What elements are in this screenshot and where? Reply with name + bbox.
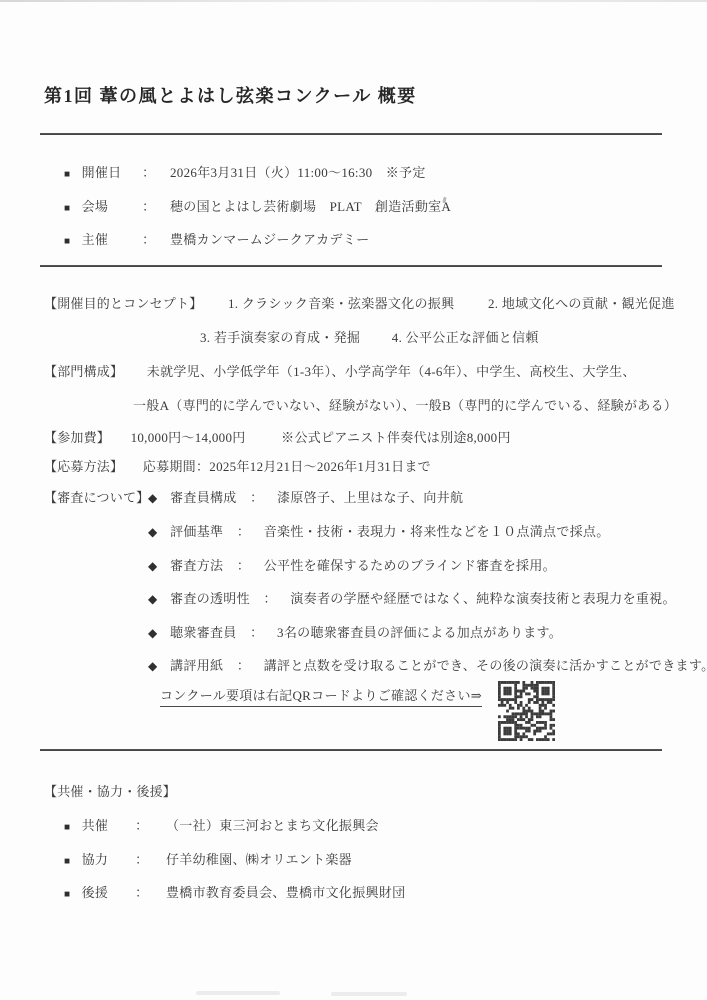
judging-row-transparency: ◆ 審査の透明性 ： 演奏者の学歴や経歴ではなく、純粋な演奏技術と表現力を重視。 (148, 588, 676, 607)
venue-label: 会場 (82, 196, 139, 215)
square-bullet-icon: ■ (64, 856, 78, 867)
fee-line: 【参加費】 10,000円～14,000円 ※公式ピアニスト伴奏代は別途8,00… (44, 427, 511, 446)
judging-label: 審査員構成 (170, 490, 237, 505)
qr-code (498, 681, 555, 741)
purpose-line-1: 【開催目的とコンセプト】 1. クラシック音楽・弦楽器文化の振興 2. 地域文化… (44, 293, 675, 312)
colon-separator: ： (237, 658, 250, 673)
colon-separator: ： (135, 815, 148, 834)
judging-value: 漆原啓子、上里はな子、向井航 (277, 490, 463, 505)
divider-bottom (40, 749, 662, 751)
divider-top (40, 133, 662, 135)
organizer-label: 主催 (82, 229, 139, 248)
purpose-item-1: 1. クラシック音楽・弦楽器文化の振興 (228, 296, 454, 311)
judging-heading: 【審査について】 (44, 487, 149, 506)
cohost-row: ■ 共催 ： （一社）東三河おとまち文化振興会 (64, 815, 379, 834)
fee-value: 10,000円～14,000円 (131, 430, 246, 445)
colon-separator: ： (250, 625, 263, 640)
purpose-item-4: 4. 公平公正な評価と信頼 (392, 330, 539, 345)
diamond-bullet-icon: ◆ (148, 626, 158, 641)
judging-row-criteria: ◆ 評価基準 ： 音楽性・技術・表現力・将来性などを１０点満点で採点。 (148, 521, 610, 540)
colon-separator: ： (237, 524, 250, 539)
fee-heading: 【参加費】 (44, 430, 110, 445)
cooperation-row: ■ 協力 ： 仔羊幼稚園、㈱オリエント楽器 (64, 849, 352, 868)
judging-label: 評価基準 (170, 524, 223, 539)
venue-row: ■ 会場 ： 穂の国とよはし芸術劇場 PLAT 創造活動室A (64, 196, 451, 215)
judging-value: 演奏者の学歴や経歴ではなく、純粋な演奏技術と表現力を重視。 (290, 591, 675, 606)
category-list-2: 一般A（専門的に学んでいない、経験がない）、一般B（専門的に学んでいる、経験があ… (133, 398, 677, 413)
cohost-value: （一社）東三河おとまち文化振興会 (166, 818, 379, 833)
qr-note-line: コンクール要項は右記QRコードよりご確認ください⇒ (160, 685, 482, 704)
application-heading: 【応募方法】 (44, 459, 123, 474)
organizer-value: 豊橋カンマームジークアカデミー (170, 232, 369, 247)
diamond-bullet-icon: ◆ (148, 559, 158, 574)
colon-separator: ： (135, 849, 148, 868)
cooperation-label: 協力 (82, 849, 132, 868)
sponsorship-label: 後援 (82, 882, 132, 901)
judging-label: 講評用紙 (170, 658, 223, 673)
judging-label: 聴衆審査員 (170, 625, 237, 640)
colon-separator: ： (142, 229, 155, 248)
diamond-bullet-icon: ◆ (148, 659, 158, 674)
judging-row-feedback: ◆ 講評用紙 ： 講評と点数を受け取ることができ、その後の演奏に活かすことができ… (148, 655, 707, 674)
colon-separator: ： (263, 591, 276, 606)
judging-row-audience: ◆ 聴衆審査員 ： 3名の聴衆審査員の評価による加点があります。 (148, 622, 562, 641)
category-line-2: 一般A（専門的に学んでいない、経験がない）、一般B（専門的に学んでいる、経験があ… (133, 395, 677, 414)
sponsorship-value: 豊橋市教育委員会、豊橋市文化振興財団 (166, 885, 405, 900)
square-bullet-icon: ■ (64, 203, 78, 214)
scan-artifact (331, 992, 407, 996)
square-bullet-icon: ■ (64, 822, 78, 833)
purpose-heading: 【開催目的とコンセプト】 (44, 296, 202, 311)
event-date-row: ■ 開催日 ： 2026年3月31日（火）11:00～16:30 ※予定 (64, 162, 426, 181)
colon-separator: ： (250, 490, 263, 505)
judging-label: 審査の透明性 (170, 591, 250, 606)
fee-note: ※公式ピアニスト伴奏代は別途8,000円 (281, 430, 511, 445)
page-title: 第1回 葦の風とよはし弦楽コンクール 概要 (44, 82, 417, 108)
organizer-row: ■ 主催 ： 豊橋カンマームジークアカデミー (64, 229, 369, 248)
qr-note-text: コンクール要項は右記QRコードよりご確認ください⇒ (160, 688, 482, 707)
cooperation-value: 仔羊幼稚園、㈱オリエント楽器 (166, 852, 352, 867)
purpose-item-2: 2. 地域文化への貢献・観光促進 (488, 296, 675, 311)
square-bullet-icon: ■ (64, 236, 78, 247)
judging-row-method: ◆ 審査方法 ： 公平性を確保するためのブラインド審査を採用。 (148, 555, 556, 574)
square-bullet-icon: ■ (64, 169, 78, 180)
supporters-heading: 【共催・協力・後援】 (44, 781, 176, 800)
cohost-label: 共催 (82, 815, 132, 834)
judging-value: 公平性を確保するためのブラインド審査を採用。 (264, 558, 556, 573)
category-line-1: 【部門構成】 未就学児、小学低学年（1-3年）、小学高学年（4-6年）、中学生、… (44, 361, 636, 380)
diamond-bullet-icon: ◆ (148, 592, 158, 607)
scan-artifact (196, 991, 280, 995)
colon-separator: ： (142, 162, 155, 181)
application-value: 応募期間：2025年12月21日～2026年1月31日まで (143, 459, 431, 474)
diamond-bullet-icon: ◆ (148, 525, 158, 540)
colon-separator: ： (135, 882, 148, 901)
category-heading: 【部門構成】 (44, 364, 123, 379)
event-date-label: 開催日 (82, 162, 139, 181)
application-line: 【応募方法】 応募期間：2025年12月21日～2026年1月31日まで (44, 456, 431, 475)
diamond-bullet-icon: ◆ (148, 491, 158, 506)
judging-value: 講評と点数を受け取ることができ、その後の演奏に活かすことができます。 (264, 658, 707, 673)
scan-edge-top (0, 0, 707, 2)
purpose-line-2: 3. 若手演奏家の育成・発掘 4. 公平公正な評価と信頼 (200, 327, 539, 346)
colon-separator: ： (142, 196, 155, 215)
judging-row-panel: ◆ 審査員構成 ： 漆原啓子、上里はな子、向井航 (148, 487, 463, 506)
judging-label: 審査方法 (170, 558, 223, 573)
event-date-value: 2026年3月31日（火）11:00～16:30 ※予定 (170, 165, 426, 180)
venue-value: 穂の国とよはし芸術劇場 PLAT 創造活動室A (170, 199, 451, 214)
purpose-item-3: 3. 若手演奏家の育成・発掘 (200, 330, 360, 345)
sponsorship-row: ■ 後援 ： 豊橋市教育委員会、豊橋市文化振興財団 (64, 882, 405, 901)
divider-middle (40, 265, 662, 267)
judging-value: 音楽性・技術・表現力・将来性などを１０点満点で採点。 (264, 524, 610, 539)
judging-value: 3名の聴衆審査員の評価による加点があります。 (277, 625, 562, 640)
category-list-1: 未就学児、小学低学年（1-3年）、小学高学年（4-6年）、中学生、高校生、大学生… (147, 364, 636, 379)
colon-separator: ： (237, 558, 250, 573)
document-page: 第1回 葦の風とよはし弦楽コンクール 概要 ■ 開催日 ： 2026年3月31日… (0, 0, 707, 1000)
square-bullet-icon: ■ (64, 889, 78, 900)
